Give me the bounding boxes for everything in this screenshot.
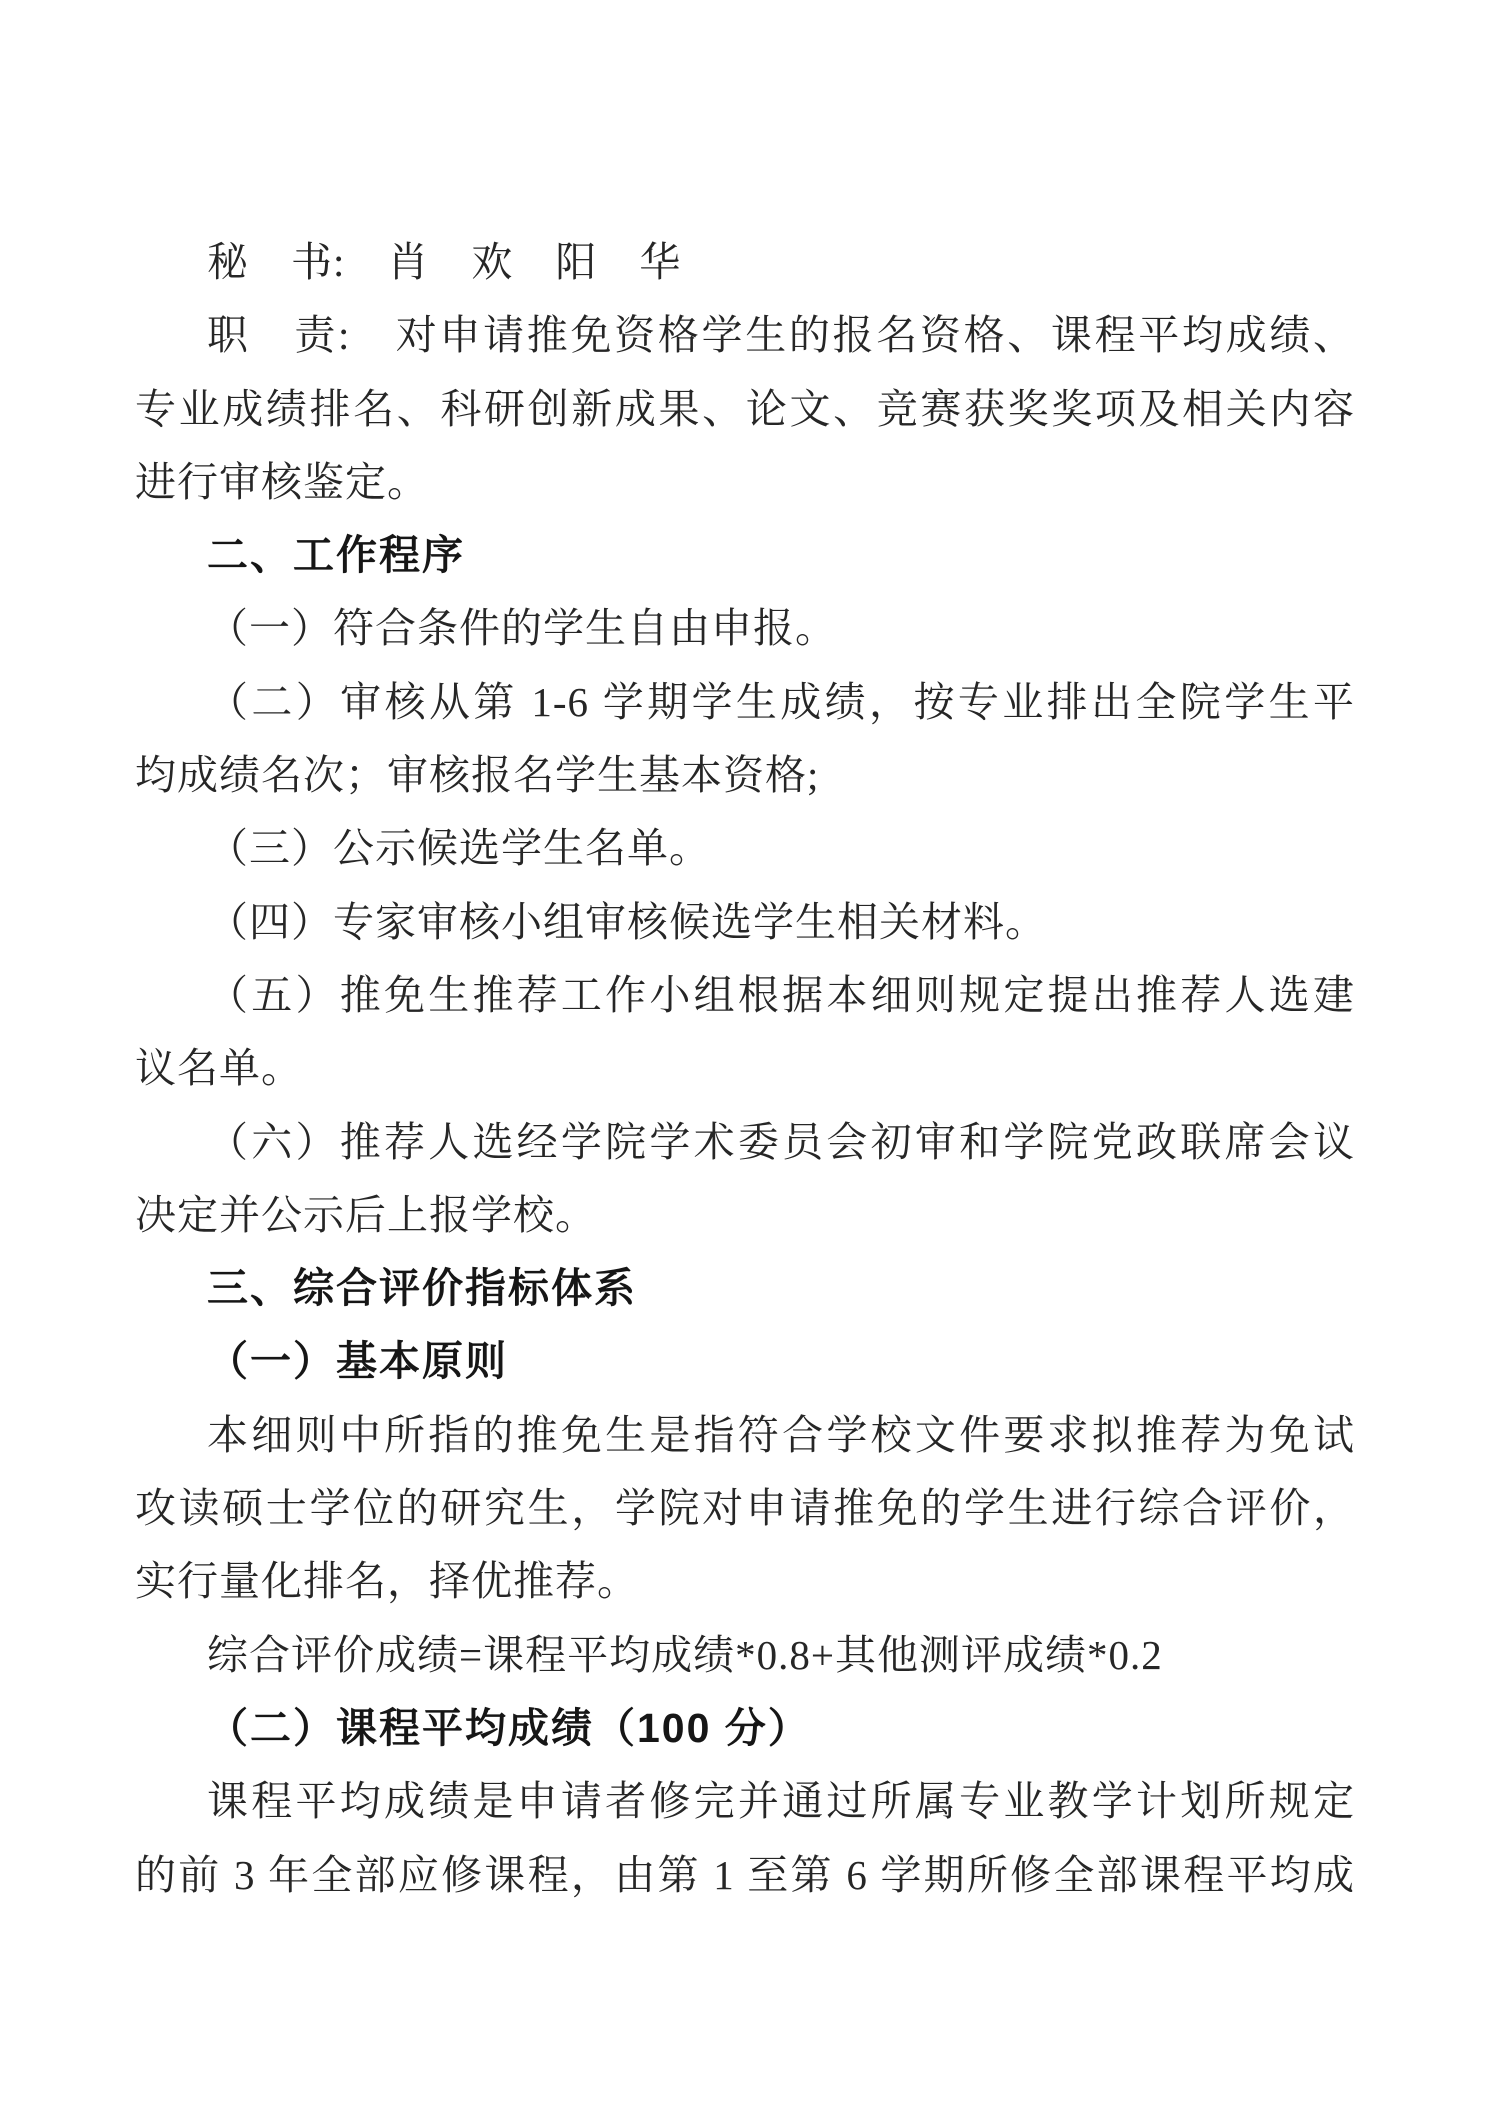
procedure-item-4: （四）专家审核小组审核候选学生相关材料。 [135,886,1355,959]
formula-line: 综合评价成绩=课程平均成绩*0.8+其他测评成绩*0.2 [135,1619,1355,1692]
heading-course-average: （二）课程平均成绩（100 分） [135,1692,1355,1765]
principle-line-2: 攻读硕士学位的研究生，学院对申请推免的学生进行综合评价， [135,1472,1355,1545]
secretary-line: 秘 书: 肖 欢 阳 华 [135,226,1355,299]
heading-basic-principle: （一）基本原则 [135,1325,1355,1398]
duty-line-3: 进行审核鉴定。 [135,446,1355,519]
course-average-line-1: 课程平均成绩是申请者修完并通过所属专业教学计划所规定 [135,1765,1355,1838]
heading-work-procedure: 二、工作程序 [135,519,1355,592]
procedure-item-5-line-1: （五）推免生推荐工作小组根据本细则规定提出推荐人选建 [135,959,1355,1032]
procedure-item-5-line-2: 议名单。 [135,1032,1355,1105]
procedure-item-2-line-1: （二）审核从第 1-6 学期学生成绩，按专业排出全院学生平 [135,666,1355,739]
principle-line-3: 实行量化排名，择优推荐。 [135,1545,1355,1618]
document-body: 秘 书: 肖 欢 阳 华 职 责: 对申请推免资格学生的报名资格、课程平均成绩、… [135,226,1355,1912]
course-average-line-2: 的前 3 年全部应修课程，由第 1 至第 6 学期所修全部课程平均成 [135,1839,1355,1912]
duty-line-2: 专业成绩排名、科研创新成果、论文、竞赛获奖奖项及相关内容 [135,373,1355,446]
procedure-item-6-line-1: （六）推荐人选经学院学术委员会初审和学院党政联席会议 [135,1106,1355,1179]
procedure-item-3: （三）公示候选学生名单。 [135,812,1355,885]
procedure-item-6-line-2: 决定并公示后上报学校。 [135,1179,1355,1252]
heading-evaluation-system: 三、综合评价指标体系 [135,1252,1355,1325]
duty-line-1: 职 责: 对申请推免资格学生的报名资格、课程平均成绩、 [135,299,1355,372]
document-page: 秘 书: 肖 欢 阳 华 职 责: 对申请推免资格学生的报名资格、课程平均成绩、… [0,0,1486,2103]
principle-line-1: 本细则中所指的推免生是指符合学校文件要求拟推荐为免试 [135,1399,1355,1472]
procedure-item-1: （一）符合条件的学生自由申报。 [135,592,1355,665]
procedure-item-2-line-2: 均成绩名次；审核报名学生基本资格; [135,739,1355,812]
